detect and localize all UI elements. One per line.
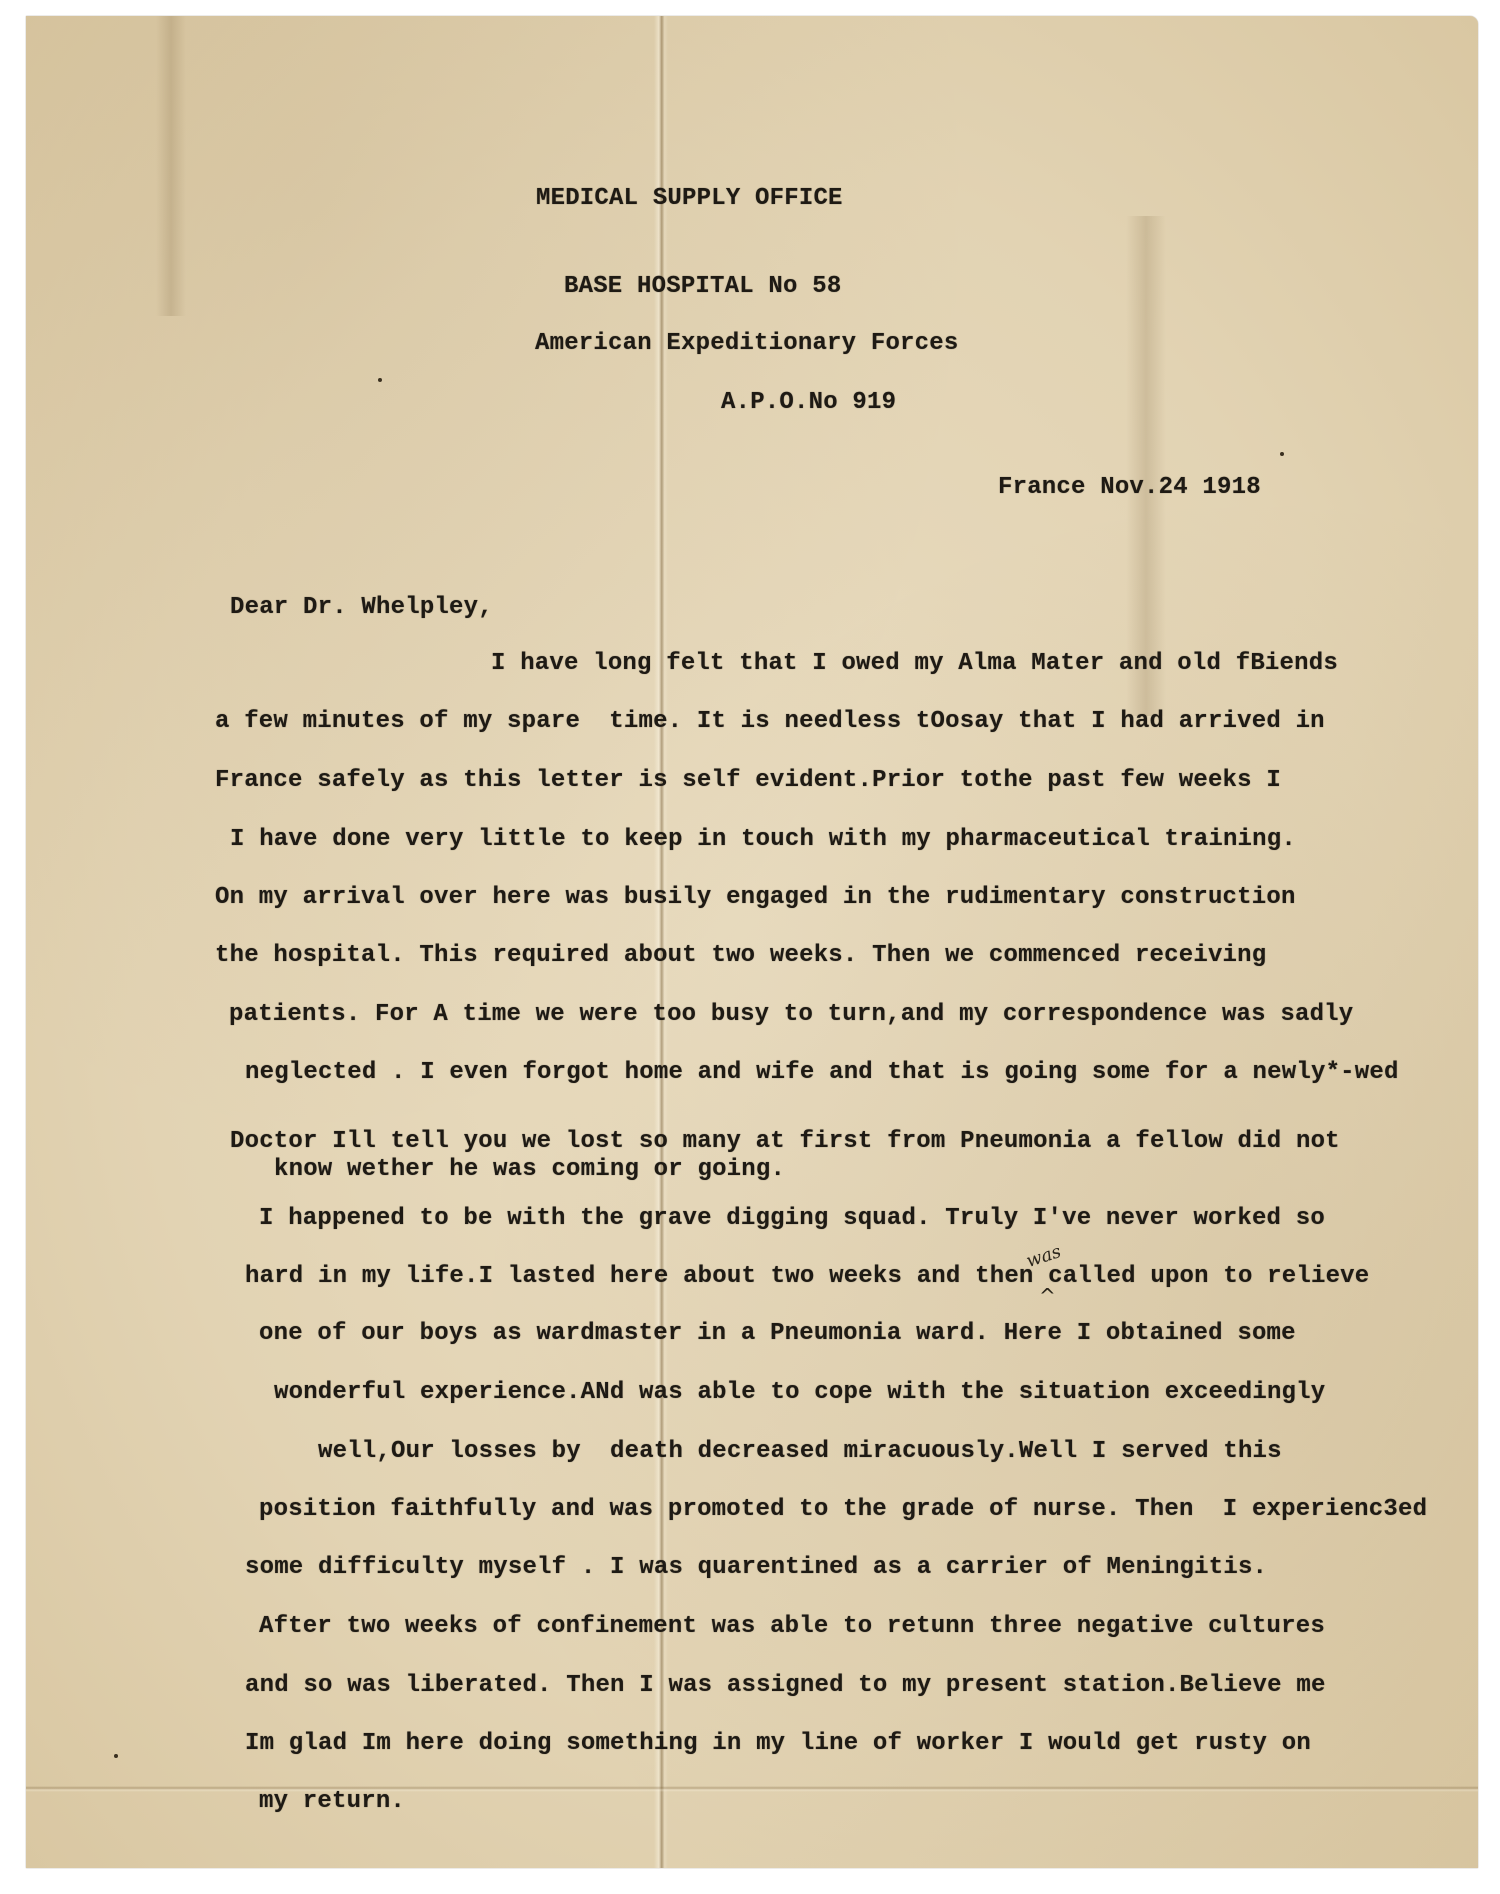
ink-speck [1280, 452, 1284, 456]
letterhead-office: MEDICAL SUPPLY OFFICE [536, 185, 843, 213]
letter-paper: MEDICAL SUPPLY OFFICE BASE HOSPITAL No 5… [26, 16, 1478, 1868]
ink-speck [114, 1754, 118, 1758]
body-line: one of our boys as wardmaster in a Pneum… [259, 1320, 1296, 1348]
body-line: some difficulty myself . I was quarentin… [245, 1554, 1267, 1582]
dateline: France Nov.24 1918 [998, 474, 1261, 502]
body-line: wonderful experience.ANd was able to cop… [274, 1379, 1325, 1407]
body-line: well,Our losses by death decreased mirac… [318, 1438, 1282, 1466]
horizontal-fold-crease [26, 1786, 1478, 1792]
body-line: the hospital. This required about two we… [215, 942, 1266, 970]
body-line: hard in my life.I lasted here about two … [245, 1263, 1369, 1291]
body-line: know wether he was coming or going. [274, 1156, 785, 1184]
body-line: I have long felt that I owed my Alma Mat… [491, 650, 1338, 678]
paper-crease [1126, 216, 1166, 716]
body-line: On my arrival over here was busily engag… [215, 884, 1296, 912]
letterhead-hospital: BASE HOSPITAL No 58 [564, 273, 841, 301]
letterhead-apo: A.P.O.No 919 [721, 389, 896, 417]
letterhead-forces: American Expeditionary Forces [535, 330, 958, 358]
paper-crease [156, 16, 186, 316]
body-line: position faithfully and was promoted to … [259, 1496, 1427, 1524]
body-line: Doctor Ill tell you we lost so many at f… [230, 1128, 1340, 1156]
body-line: I have done very little to keep in touch… [230, 826, 1296, 854]
body-line: France safely as this letter is self evi… [215, 767, 1281, 795]
ink-speck [378, 378, 382, 382]
body-line: I happened to be with the grave digging … [259, 1205, 1325, 1233]
body-line: After two weeks of confinement was able … [259, 1613, 1325, 1641]
insertion-caret: ^ [1039, 1284, 1056, 1308]
body-line: Im glad Im here doing something in my li… [245, 1730, 1311, 1758]
body-line: patients. For A time we were too busy to… [229, 1001, 1353, 1029]
body-line: neglected . I even forgot home and wife … [245, 1059, 1399, 1087]
body-line: a few minutes of my spare time. It is ne… [215, 708, 1325, 736]
salutation: Dear Dr. Whelpley, [230, 594, 493, 622]
body-line: my return. [259, 1788, 405, 1816]
body-line: and so was liberated. Then I was assigne… [245, 1672, 1326, 1700]
